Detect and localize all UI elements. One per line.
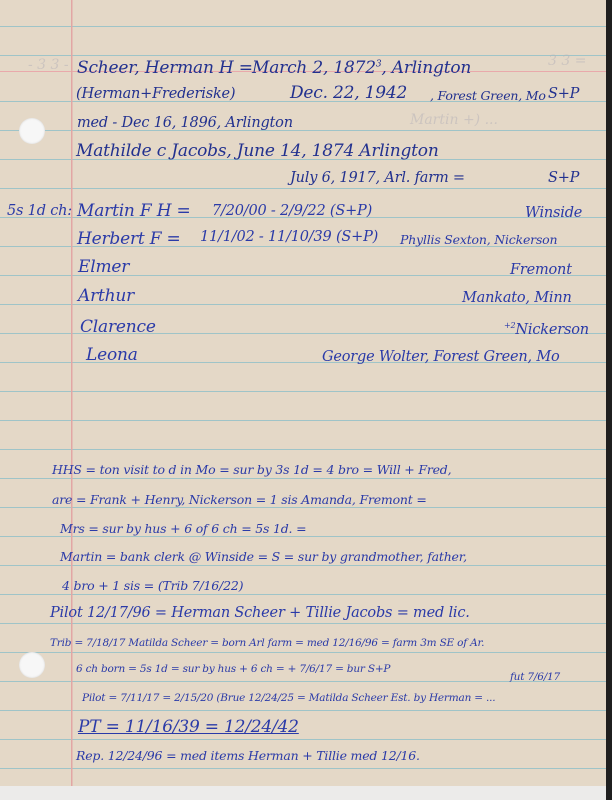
child-dates: 7/20/00 - 2/9/22 (S+P) <box>212 203 372 219</box>
header-death-date: Dec. 22, 1942 <box>290 83 407 103</box>
bleed-through-left: - 3 3 - <box>28 57 69 73</box>
child-name: Leona <box>86 345 138 365</box>
child-note: Mankato, Minn <box>462 290 572 306</box>
child-name: Clarence <box>80 317 156 337</box>
note-line: PT = 11/16/39 = 12/24/42 <box>78 717 299 737</box>
child-name: Herbert F = <box>77 229 181 249</box>
child-note: +2Nickerson <box>504 321 589 338</box>
scan-right-edge <box>606 0 612 800</box>
header-parents: (Herman+Frederiske) <box>76 86 235 102</box>
note-line: 4 bro + 1 sis = (Trib 7/16/22) <box>62 578 243 593</box>
header-spouse: Mathilde c Jacobs, June 14, 1874 Arlingt… <box>76 141 439 161</box>
note-line: Rep. 12/24/96 = med items Herman + Tilli… <box>76 748 420 763</box>
child-note: George Wolter, Forest Green, Mo <box>322 349 560 365</box>
scan-bottom-edge <box>0 786 606 800</box>
note-line: are = Frank + Henry, Nickerson = 1 sis A… <box>52 492 427 507</box>
note-line-right: fut 7/6/17 <box>510 671 560 683</box>
header-marriage: med - Dec 16, 1896, Arlington <box>77 115 293 131</box>
note-line: Pilot = 7/11/17 = 2/15/20 (Brue 12/24/25… <box>82 692 495 704</box>
child-note: Winside <box>525 205 582 221</box>
note-line: Pilot 12/17/96 = Herman Scheer + Tillie … <box>50 605 470 621</box>
child-dates: 11/1/02 - 11/10/39 (S+P) <box>200 229 378 245</box>
note-line: Mrs = sur by hus + 6 of 6 ch = 5s 1d. = <box>60 521 306 536</box>
header-death-place: , Forest Green, Mo <box>430 88 546 103</box>
note-line: Martin = bank clerk @ Winside = S = sur … <box>60 549 467 564</box>
binder-hole-top <box>19 118 45 144</box>
note-line: Trib = 7/18/17 Matilda Scheer = born Arl… <box>50 637 484 649</box>
note-line: HHS = ton visit to d in Mo = sur by 3s 1… <box>52 462 451 477</box>
child-name: Arthur <box>78 286 134 306</box>
note-line: 6 ch born = 5s 1d = sur by hus + 6 ch = … <box>76 663 390 675</box>
header-burial: S+P <box>548 86 579 102</box>
child-note: Phyllis Sexton, Nickerson <box>400 232 557 247</box>
children-label: 5s 1d ch: <box>7 203 72 219</box>
bleed-through-right: 3 3 = <box>548 53 586 69</box>
bleed-through-right-2: Martin +) ... <box>410 112 498 128</box>
header-spouse-death: July 6, 1917, Arl. farm = <box>290 170 465 186</box>
child-note: Fremont <box>510 262 572 278</box>
child-name: Martin F H = <box>77 201 191 221</box>
notebook-page: - 3 3 - 3 3 = Martin +) ... Scheer, Herm… <box>0 0 606 786</box>
header-name: Scheer, Herman H = <box>77 58 253 78</box>
header-spouse-burial: S+P <box>548 170 579 186</box>
binder-hole-bottom <box>19 652 45 678</box>
child-name: Elmer <box>78 257 129 277</box>
header-birth-date: March 2, 18723, Arlington <box>252 58 471 78</box>
